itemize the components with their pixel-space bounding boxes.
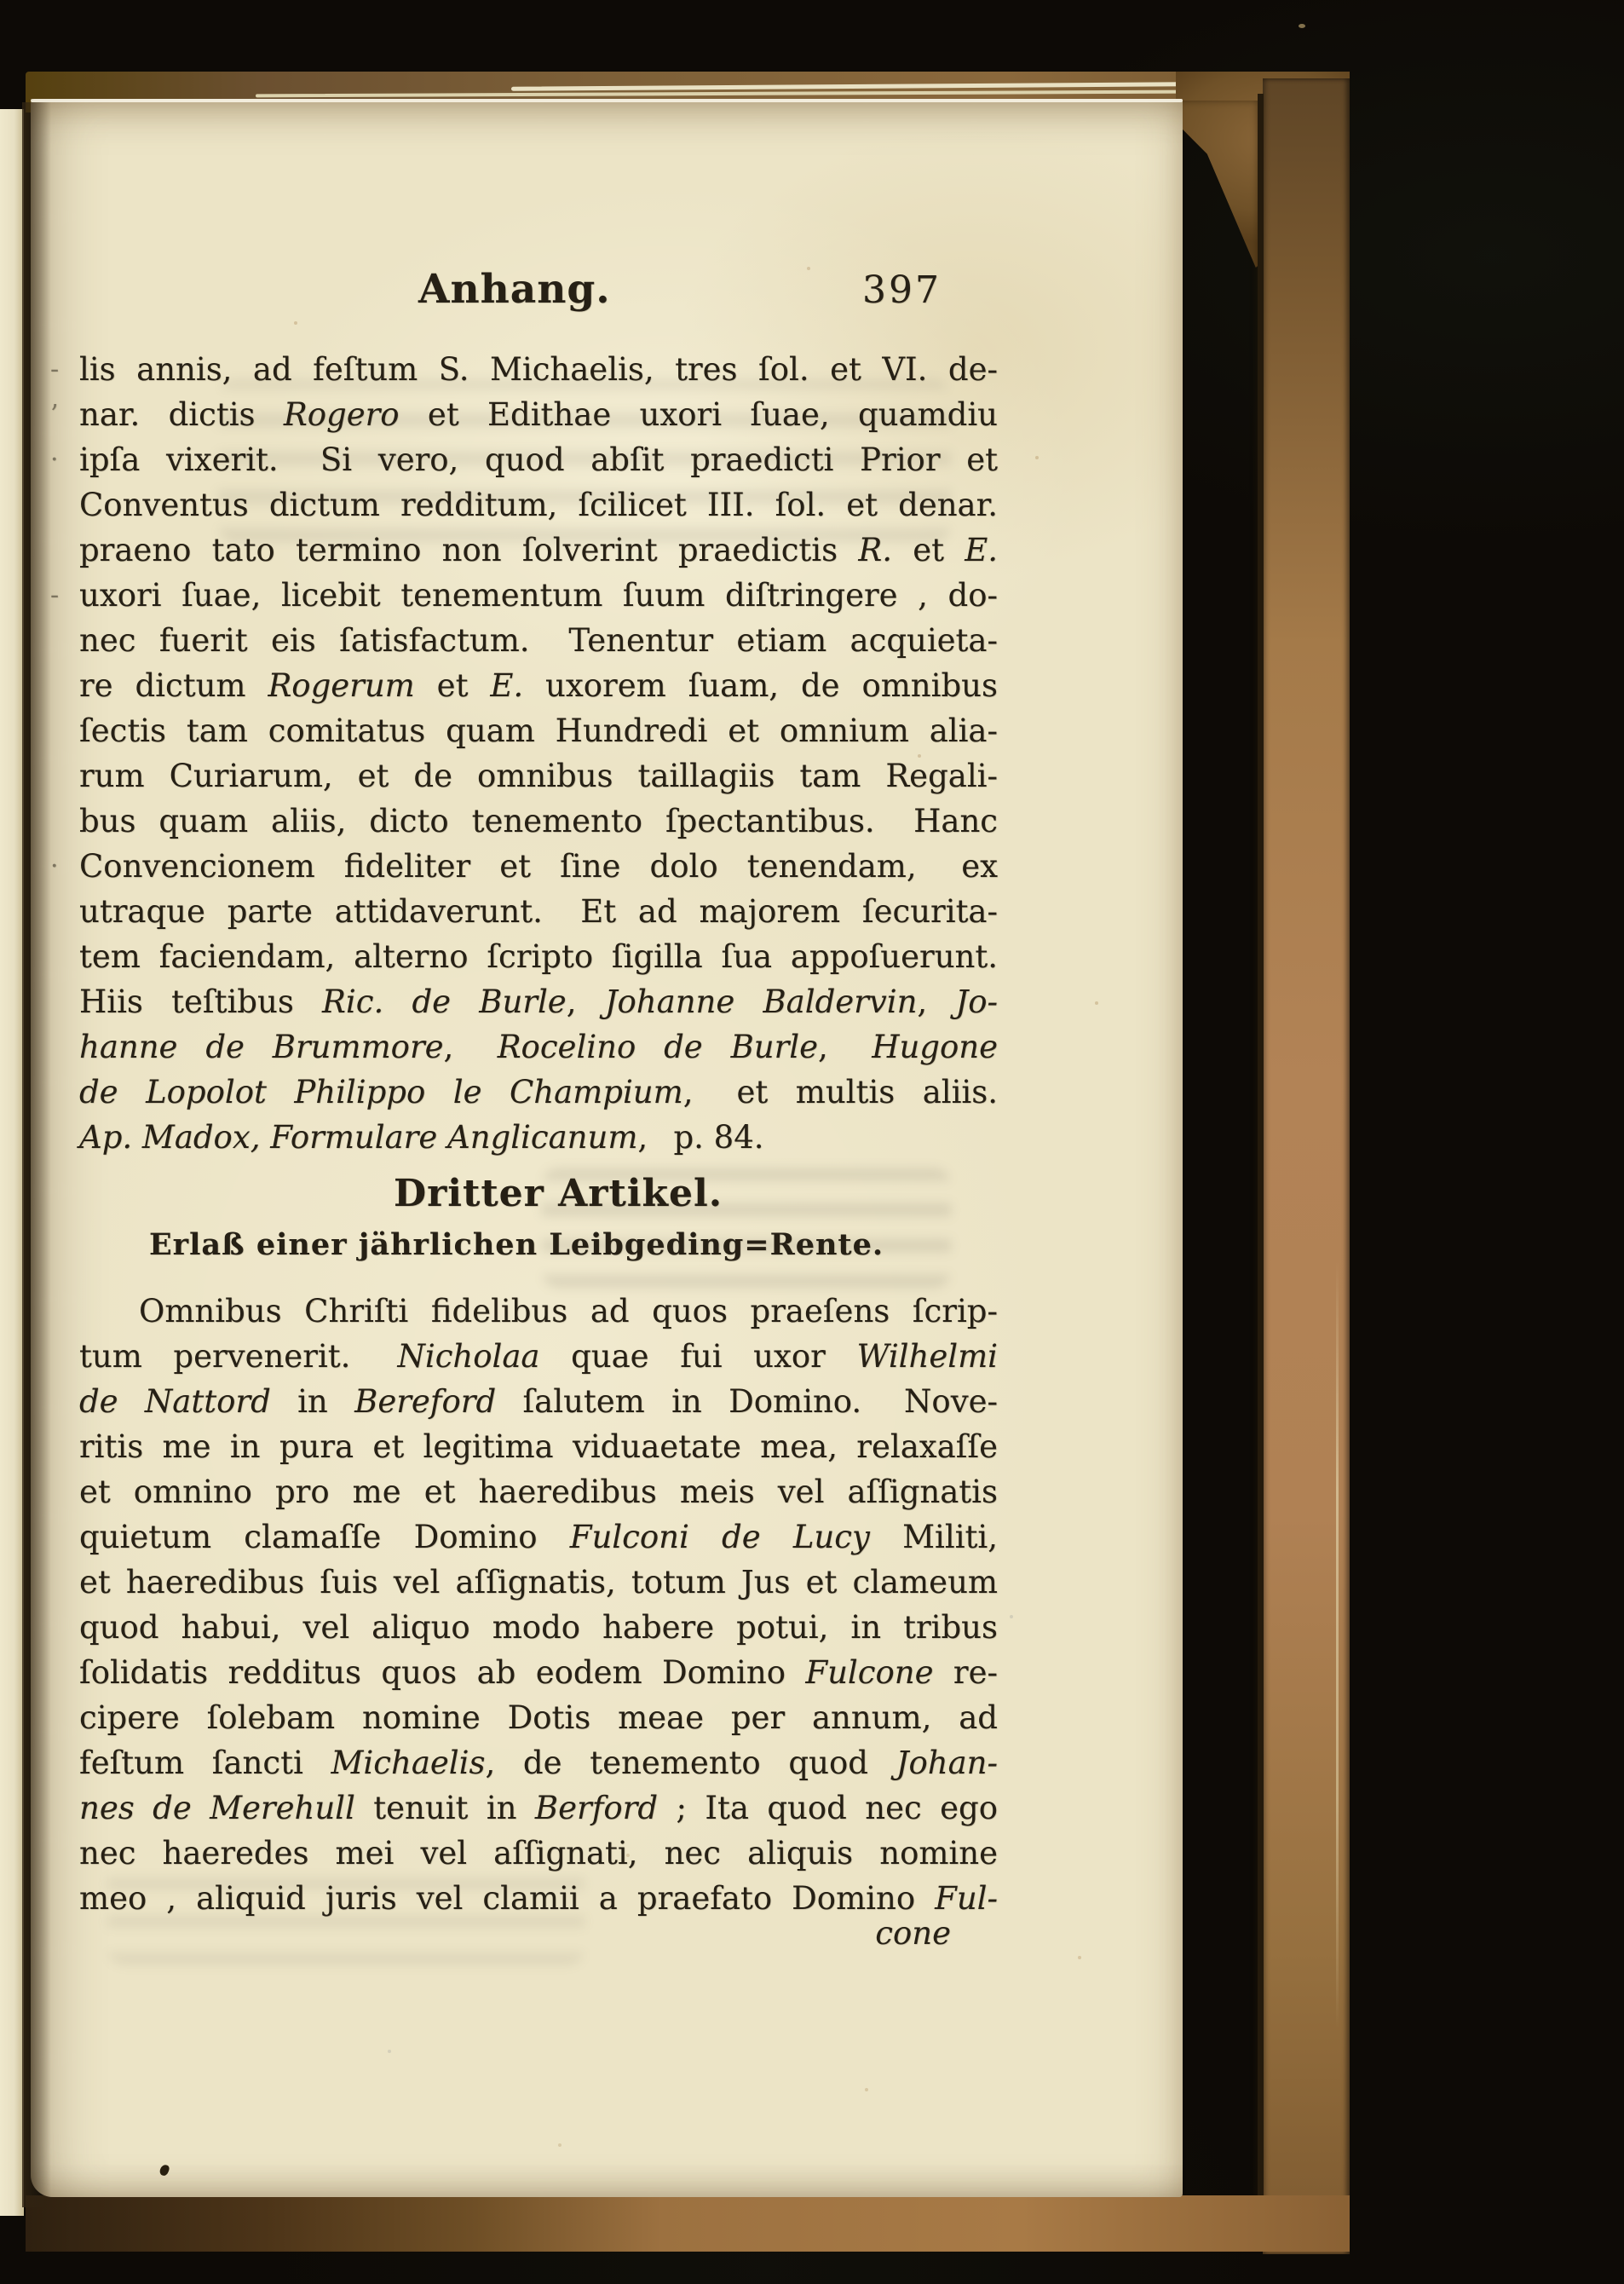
text-segment: , de tenemento quod (485, 1745, 896, 1781)
italic-text-segment: Jo- (955, 983, 998, 1020)
text-segment: feſtum ſancti (79, 1745, 331, 1781)
italic-text-segment: nes de Merehull (79, 1790, 355, 1826)
margin-mark: · (50, 844, 59, 889)
text-segment: Militi, (870, 1519, 998, 1555)
book-bottom-edge (26, 2195, 1350, 2252)
text-line: Ap. Madox, Formulare Anglicanum, p. 84. (79, 1115, 998, 1160)
text-segment: in (271, 1383, 354, 1420)
italic-text-segment: Fulconi de Lucy (570, 1519, 870, 1555)
italic-text-segment: Bereford (354, 1383, 496, 1420)
text-segment: et (415, 667, 491, 704)
italic-text-segment: Ap. Madox, Formulare Anglicanum (79, 1119, 637, 1156)
text-segment: quietum clamaſſe Domino (79, 1519, 570, 1555)
text-segment: ſectis tam comitatus quam Hundredi et om… (79, 712, 998, 749)
text-segment: nec fuerit eis ſatisfactum. Tenentur eti… (79, 622, 998, 659)
facing-page-sliver (0, 109, 24, 2216)
catchword: cone (79, 1911, 998, 1956)
italic-text-segment: hanne de Brummore (79, 1029, 444, 1065)
text-segment: Omnibus Chriſti fidelibus ad quos praeſe… (139, 1293, 998, 1329)
section-subheading: Erlaß einer jährlichen Leibgeding=Rente. (79, 1227, 998, 1262)
text-segment: praeno tato termino non ſolverint praedi… (79, 532, 858, 568)
text-segment: ; Ita quod nec ego (658, 1790, 998, 1826)
margin-mark: ’ (50, 392, 59, 437)
text-segment: , et multis aliis. (683, 1074, 998, 1110)
text-line: ·Convencionem fideliter et ſine dolo ten… (79, 844, 998, 889)
text-segment: et haeredibus ſuis vel aſſignatis, totum… (79, 1564, 998, 1601)
text-segment: Hiis teſtibus (79, 983, 322, 1020)
text-block-second-charter: Omnibus Chriſti fidelibus ad quos praeſe… (79, 1289, 998, 1921)
italic-text-segment: E. (965, 532, 998, 568)
paper-speckles (31, 99, 32, 101)
text-line: nec fuerit eis ſatisfactum. Tenentur eti… (79, 618, 998, 663)
text-segment: utraque parte attidaverunt. Et ad majore… (79, 893, 998, 930)
text-line: et haeredibus ſuis vel aſſignatis, totum… (79, 1560, 998, 1605)
page-title: Anhang. (418, 266, 611, 313)
italic-text-segment: Nicholaa (397, 1338, 539, 1375)
italic-text-segment: de Nattord (79, 1383, 271, 1420)
gutter-shadow (22, 102, 51, 2207)
fly-speck (158, 2164, 170, 2177)
text-segment: Convencionem fideliter et ſine dolo tene… (79, 848, 998, 885)
italic-text-segment: Rocelino de Burle (498, 1029, 818, 1065)
margin-mark: · (50, 437, 59, 482)
text-line: Omnibus Chriſti fidelibus ad quos praeſe… (79, 1289, 998, 1334)
text-line: Hiis teſtibus Ric. de Burle, Johanne Bal… (79, 979, 998, 1024)
page-edge-highlight (31, 99, 1183, 102)
italic-text-segment: Ric. de Burle (322, 983, 567, 1020)
text-segment: tum pervenerit. (79, 1338, 397, 1375)
italic-text-segment: Rogero (284, 396, 400, 433)
text-line: de Lopolot Philippo le Champium, et mult… (79, 1070, 998, 1115)
text-line: ſolidatis redditus quos ab eodem Domino … (79, 1650, 998, 1695)
text-line: ritis me in pura et legitima viduaetate … (79, 1424, 998, 1469)
italic-text-segment: Berford (535, 1790, 658, 1826)
italic-text-segment: E. (490, 667, 523, 704)
running-header: Anhang. 397 (79, 266, 998, 320)
text-line: -lis annis, ad feſtum S. Michaelis, tres… (79, 347, 998, 392)
section-heading: Dritter Artikel. (79, 1172, 998, 1215)
text-segment: cipere ſolebam nomine Dotis meae per ann… (79, 1699, 998, 1736)
page-edge-shadow (1258, 94, 1264, 2216)
margin-mark: - (50, 573, 59, 618)
text-segment: lis annis, ad feſtum S. Michaelis, tres … (79, 351, 998, 388)
text-line: praeno tato termino non ſolverint praedi… (79, 528, 998, 573)
text-line: tem faciendam, alterno ſcripto ſigilla ſ… (79, 934, 998, 979)
text-block-first-charter: -lis annis, ad feſtum S. Michaelis, tres… (79, 347, 998, 1160)
italic-text-segment: de Lopolot Philippo le Champium (79, 1074, 683, 1110)
text-segment: quae fui uxor (539, 1338, 856, 1375)
text-segment: nec haeredes mei vel aſſignati, nec aliq… (79, 1835, 998, 1872)
italic-text-segment: Wilhelmi (856, 1338, 998, 1375)
text-line: nec haeredes mei vel aſſignati, nec aliq… (79, 1831, 998, 1876)
cover-crack (1336, 1261, 1339, 2028)
photo-background: Anhang. 397 -lis annis, ad feſtum S. Mic… (0, 0, 1624, 2284)
text-segment: , (818, 1029, 872, 1065)
italic-text-segment: Michaelis (331, 1745, 486, 1781)
text-line: nes de Merehull tenuit in Berford ; Ita … (79, 1785, 998, 1831)
text-segment: re- (933, 1654, 998, 1691)
italic-text-segment: Fulcone (805, 1654, 933, 1691)
text-segment: uxorem ſuam, de omnibus (523, 667, 998, 704)
text-line: ·ipſa vixerit. Si vero, quod abſit praed… (79, 437, 998, 482)
text-segment: nar. dictis (79, 396, 284, 433)
text-line: quod habui, vel aliquo modo habere potui… (79, 1605, 998, 1650)
italic-text-segment: Hugone (872, 1029, 998, 1065)
text-line: quietum clamaſſe Domino Fulconi de Lucy … (79, 1514, 998, 1560)
text-segment: quod habui, vel aliquo modo habere potui… (79, 1609, 998, 1646)
page-edges-fan (1183, 101, 1263, 2204)
italic-text-segment: Johanne Baldervin (605, 983, 918, 1020)
text-line: bus quam aliis, dicto tenemento ſpectant… (79, 799, 998, 844)
text-line: et omnino pro me et haeredibus meis vel … (79, 1469, 998, 1514)
text-segment: tenuit in (355, 1790, 535, 1826)
text-segment: tem faciendam, alterno ſcripto ſigilla ſ… (79, 938, 998, 975)
italic-text-segment: R. (858, 532, 892, 568)
text-segment: ſolidatis redditus quos ab eodem Domino (79, 1654, 805, 1691)
text-segment: uxori ſuae, licebit tenementum ſuum diſt… (79, 577, 998, 614)
text-line: ’nar. dictis Rogero et Edithae uxori ſua… (79, 392, 998, 437)
text-segment: re dictum (79, 667, 268, 704)
page-number: 397 (862, 268, 942, 312)
dust-speck (1299, 24, 1305, 28)
text-line: -uxori ſuae, licebit tenementum ſuum diſ… (79, 573, 998, 618)
text-segment: Conventus dictum redditum, ſcilicet III.… (79, 487, 998, 523)
text-line: de Nattord in Bereford ſalutem in Domino… (79, 1379, 998, 1424)
text-segment: rum Curiarum, et de omnibus taillagiis t… (79, 758, 998, 794)
text-line: tum pervenerit. Nicholaa quae fui uxor W… (79, 1334, 998, 1379)
text-segment: , (444, 1029, 498, 1065)
text-segment: ipſa vixerit. Si vero, quod abſit praedi… (79, 441, 998, 478)
text-segment: et Edithae uxori ſuae, quamdiu (400, 396, 998, 433)
text-segment: bus quam aliis, dicto tenemento ſpectant… (79, 803, 998, 839)
text-line: rum Curiarum, et de omnibus taillagiis t… (79, 753, 998, 799)
text-segment: ritis me in pura et legitima viduaetate … (79, 1428, 998, 1465)
text-line: cipere ſolebam nomine Dotis meae per ann… (79, 1695, 998, 1740)
text-line: hanne de Brummore, Rocelino de Burle, Hu… (79, 1024, 998, 1070)
book-page: Anhang. 397 -lis annis, ad feſtum S. Mic… (31, 99, 1183, 2197)
text-segment: , (567, 983, 605, 1020)
text-line: feſtum ſancti Michaelis, de tenemento qu… (79, 1740, 998, 1785)
margin-mark: - (50, 347, 59, 392)
text-line: utraque parte attidaverunt. Et ad majore… (79, 889, 998, 934)
text-segment: ſalutem in Domino. Nove- (496, 1383, 998, 1420)
italic-text-segment: Johan- (896, 1745, 998, 1781)
text-line: Conventus dictum redditum, ſcilicet III.… (79, 482, 998, 528)
text-segment: , p. 84. (637, 1119, 763, 1156)
text-line: re dictum Rogerum et E. uxorem ſuam, de … (79, 663, 998, 708)
text-line: ſectis tam comitatus quam Hundredi et om… (79, 708, 998, 753)
text-segment: et omnino pro me et haeredibus meis vel … (79, 1474, 998, 1510)
text-segment: , (917, 983, 955, 1020)
italic-text-segment: Rogerum (268, 667, 414, 704)
text-segment: et (892, 532, 965, 568)
